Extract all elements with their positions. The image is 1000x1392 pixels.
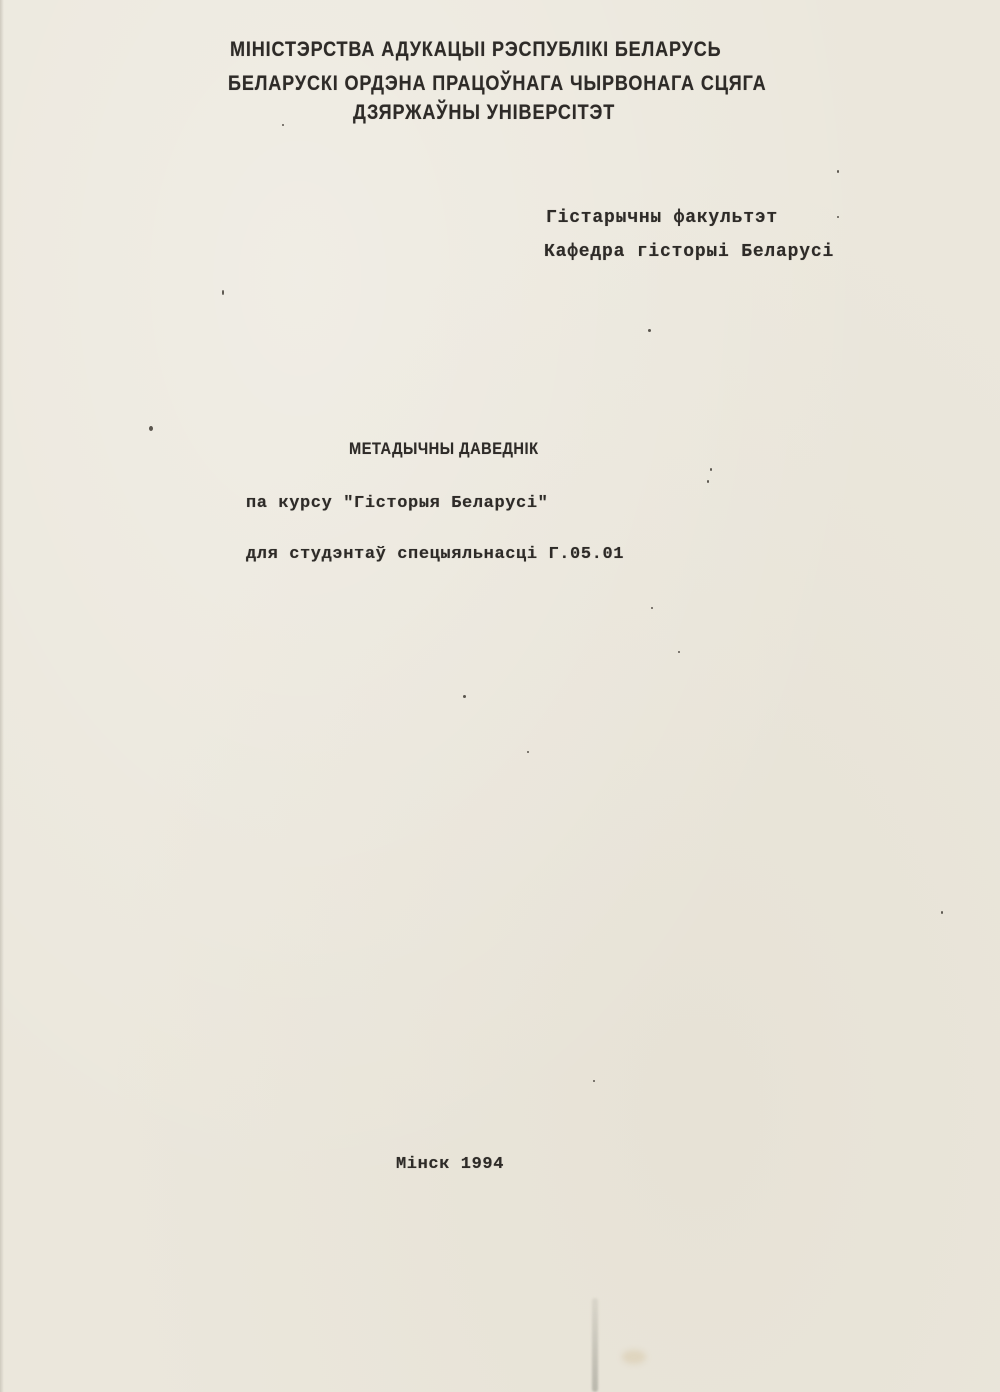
ink-speck (527, 751, 529, 753)
document-page: МІНІСТЭРСТВА АДУКАЦЫІ РЭСПУБЛІКІ БЕЛАРУС… (0, 0, 1000, 1392)
faculty-name: Гістарычны факультэт (546, 208, 778, 228)
ink-speck (707, 480, 709, 483)
audience-line: для студэнтаў спецыяльнасці Г.05.01 (246, 545, 624, 564)
ink-speck (463, 695, 466, 698)
ink-speck (222, 290, 224, 295)
document-title: МЕТАДЫЧНЫ ДАВЕДНІК (349, 439, 539, 459)
paper-stain (622, 1350, 646, 1364)
ink-speck (941, 911, 943, 914)
paper-stain (592, 1298, 598, 1392)
university-name-line: ДЗЯРЖАЎНЫ УНІВЕРСІТЭТ (353, 101, 615, 125)
university-header-line: БЕЛАРУСКІ ОРДЭНА ПРАЦОЎНАГА ЧЫРВОНАГА СЦ… (228, 72, 767, 96)
ink-speck (648, 329, 651, 332)
ink-speck (678, 651, 680, 653)
course-line: па курсу "Гісторыя Беларусі" (246, 494, 548, 513)
ink-speck (593, 1080, 595, 1082)
ink-speck (837, 216, 839, 218)
ministry-header-line: МІНІСТЭРСТВА АДУКАЦЫІ РЭСПУБЛІКІ БЕЛАРУС… (230, 38, 722, 62)
ink-speck (282, 124, 284, 126)
page-edge-shadow (0, 0, 4, 1392)
ink-speck (837, 170, 839, 173)
chair-name: Кафедра гісторыі Беларусі (544, 242, 834, 262)
ink-speck (710, 468, 712, 471)
ink-speck (149, 426, 153, 431)
place-and-year: Мінск 1994 (396, 1155, 504, 1174)
ink-speck (651, 607, 653, 609)
